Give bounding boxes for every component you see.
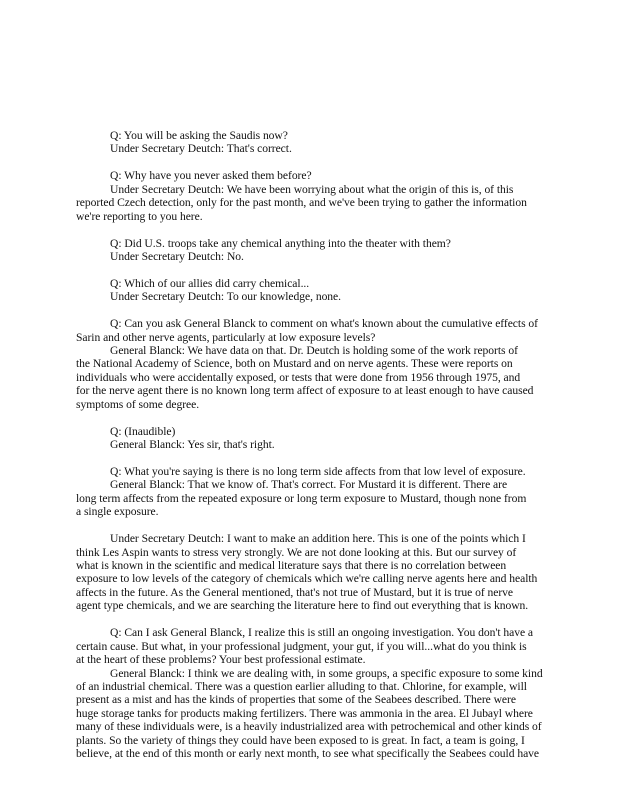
paragraph-spacer <box>76 156 556 169</box>
transcript-line: individuals who were accidentally expose… <box>76 371 556 384</box>
transcript-line: Q: Why have you never asked them before? <box>76 169 556 182</box>
transcript-line: affects in the future. As the General me… <box>76 586 556 599</box>
transcript-line: Under Secretary Deutch: That's correct. <box>76 142 556 155</box>
transcript-line: certain cause. But what, in your profess… <box>76 640 556 653</box>
transcript-line: for the nerve agent there is no known lo… <box>76 384 556 397</box>
transcript-line: huge storage tanks for products making f… <box>76 707 556 720</box>
transcript-line: Q: Which of our allies did carry chemica… <box>76 277 556 290</box>
transcript-line: Under Secretary Deutch: To our knowledge… <box>76 290 556 303</box>
transcript-line: the National Academy of Science, both on… <box>76 357 556 370</box>
transcript-line: think Les Aspin wants to stress very str… <box>76 546 556 559</box>
transcript-line: Under Secretary Deutch: We have been wor… <box>76 183 556 196</box>
transcript-line: Sarin and other nerve agents, particular… <box>76 331 556 344</box>
transcript-line: General Blanck: I think we are dealing w… <box>76 667 556 680</box>
transcript-line: General Blanck: Yes sir, that's right. <box>76 438 556 451</box>
paragraph-spacer <box>76 519 556 532</box>
transcript-line: exposure to low levels of the category o… <box>76 572 556 585</box>
transcript-line: we're reporting to you here. <box>76 210 556 223</box>
transcript-line: Q: What you're saying is there is no lon… <box>76 465 556 478</box>
transcript-line: agent type chemicals, and we are searchi… <box>76 599 556 612</box>
transcript-line: Under Secretary Deutch: I want to make a… <box>76 532 556 545</box>
transcript-line: believe, at the end of this month or ear… <box>76 747 556 760</box>
transcript-line: of an industrial chemical. There was a q… <box>76 680 556 693</box>
paragraph-spacer <box>76 304 556 317</box>
paragraph-spacer <box>76 411 556 424</box>
transcript-line: Q: Did U.S. troops take any chemical any… <box>76 237 556 250</box>
transcript-body: Q: You will be asking the Saudis now?Und… <box>76 129 556 761</box>
transcript-line: a single exposure. <box>76 505 556 518</box>
paragraph-spacer <box>76 263 556 276</box>
transcript-line: long term affects from the repeated expo… <box>76 492 556 505</box>
transcript-line: General Blanck: That we know of. That's … <box>76 478 556 491</box>
transcript-line: reported Czech detection, only for the p… <box>76 196 556 209</box>
transcript-line: Q: Can I ask General Blanck, I realize t… <box>76 626 556 639</box>
transcript-line: what is known in the scientific and medi… <box>76 559 556 572</box>
transcript-line: General Blanck: We have data on that. Dr… <box>76 344 556 357</box>
transcript-line: at the heart of these problems? Your bes… <box>76 653 556 666</box>
transcript-line: symptoms of some degree. <box>76 398 556 411</box>
document-page: Q: You will be asking the Saudis now?Und… <box>0 0 630 806</box>
paragraph-spacer <box>76 223 556 236</box>
transcript-line: Q: Can you ask General Blanck to comment… <box>76 317 556 330</box>
paragraph-spacer <box>76 452 556 465</box>
transcript-line: plants. So the variety of things they co… <box>76 734 556 747</box>
transcript-line: present as a mist and has the kinds of p… <box>76 693 556 706</box>
transcript-line: Q: You will be asking the Saudis now? <box>76 129 556 142</box>
transcript-line: Q: (Inaudible) <box>76 425 556 438</box>
transcript-line: Under Secretary Deutch: No. <box>76 250 556 263</box>
paragraph-spacer <box>76 613 556 626</box>
transcript-line: many of these individuals were, is a hea… <box>76 720 556 733</box>
